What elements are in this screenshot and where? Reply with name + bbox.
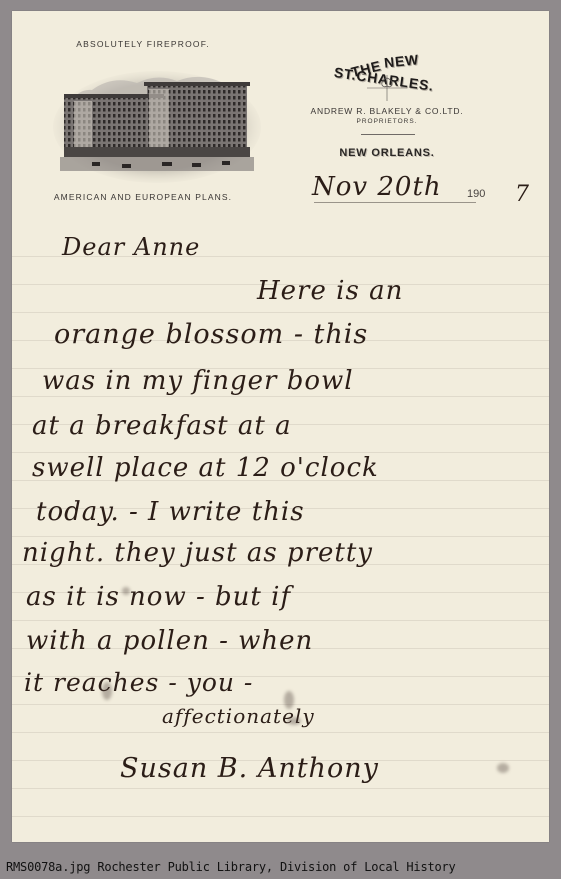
letter-line: Here is an bbox=[257, 276, 403, 306]
letterhead-divider bbox=[361, 134, 415, 135]
ink-smudge bbox=[122, 587, 130, 595]
ink-smudge bbox=[102, 682, 112, 700]
handwritten-year: 7 bbox=[515, 182, 530, 207]
date-rule bbox=[314, 202, 476, 203]
tagline-fireproof: ABSOLUTELY FIREPROOF. bbox=[12, 39, 274, 49]
fleur-ornament-icon bbox=[367, 74, 407, 102]
letter-line: swell place at 12 o'clock bbox=[32, 453, 379, 483]
tagline-plans: AMERICAN AND EUROPEAN PLANS. bbox=[12, 192, 274, 202]
letter-line: night. they just as pretty bbox=[22, 538, 373, 568]
letter-page: ABSOLUTELY FIREPROOF. AMERICAN AND bbox=[12, 11, 549, 842]
ink-smudge bbox=[284, 691, 294, 709]
letter-line: at a breakfast at a bbox=[32, 411, 292, 441]
hotel-name-word: NEW bbox=[383, 51, 420, 71]
letter-line: as it is now - but if bbox=[26, 582, 291, 612]
letter-line: was in my finger bowl bbox=[42, 366, 354, 396]
letter-line: orange blossom - this bbox=[54, 319, 368, 350]
salutation: Dear Anne bbox=[62, 233, 200, 261]
image-caption: RMS0078a.jpg Rochester Public Library, D… bbox=[6, 860, 456, 874]
letter-line: with a pollen - when bbox=[26, 626, 313, 656]
year-prefix: 190 bbox=[467, 188, 485, 200]
proprietor-name: ANDREW R. BLAKELY & CO.LTD. bbox=[304, 106, 470, 116]
ink-smudge bbox=[287, 717, 301, 725]
handwritten-date: Nov 20th bbox=[312, 172, 442, 202]
proprietors-label: PROPRIETORS. bbox=[304, 118, 470, 125]
letter-line: today. - I write this bbox=[36, 497, 305, 527]
ink-smudge bbox=[497, 763, 509, 773]
letter-line: it reaches - you - bbox=[24, 668, 253, 697]
hotel-engraving-image bbox=[52, 65, 262, 183]
signature: Susan B. Anthony bbox=[120, 753, 379, 784]
city-name: NEW ORLEANS. bbox=[304, 147, 470, 159]
